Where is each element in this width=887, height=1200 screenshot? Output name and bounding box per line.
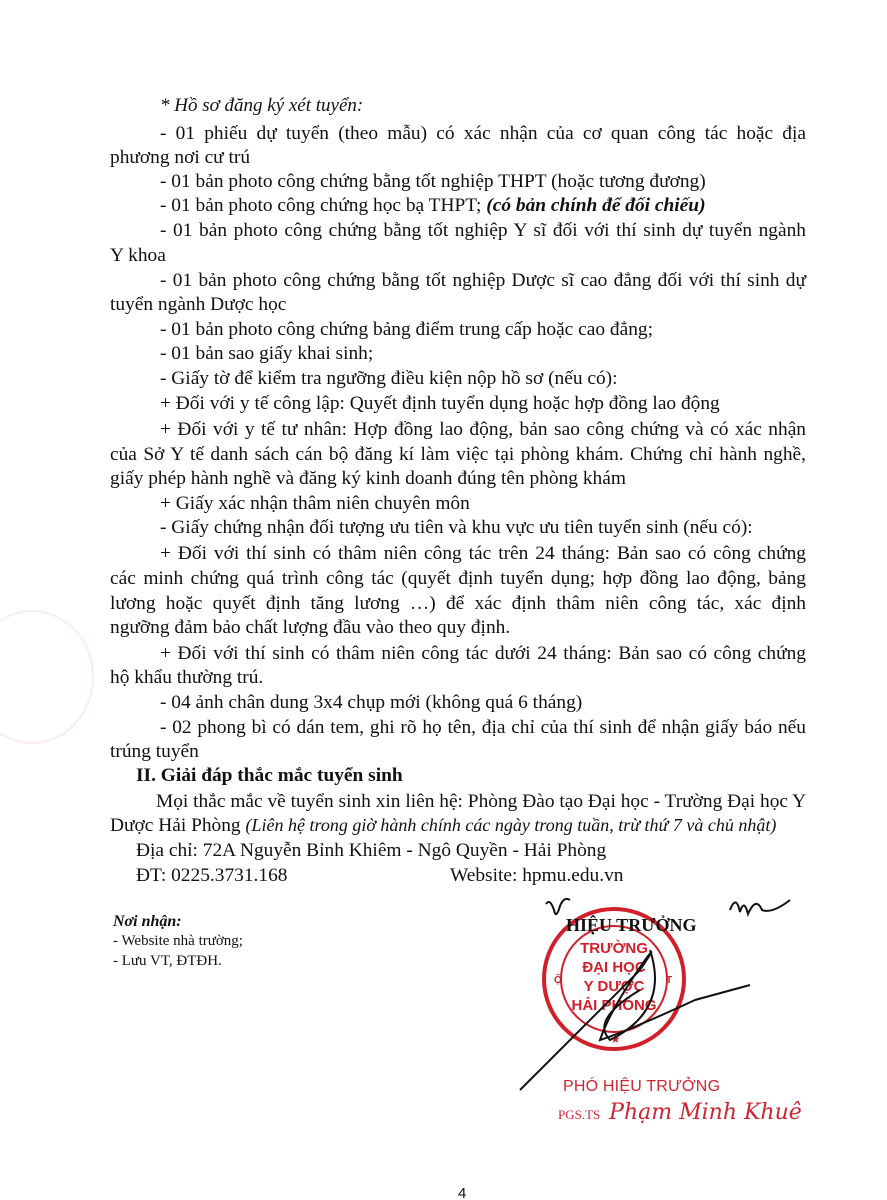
item-10-line3: giấy phép hành nghề và đăng ký kinh doan… — [110, 469, 626, 488]
bleed-through-stamp — [0, 610, 94, 744]
item-7: - 01 bản sao giấy khai sinh; — [160, 344, 373, 363]
item-16-line2: trúng tuyển — [110, 742, 199, 761]
page-number: 4 — [458, 1185, 466, 1200]
recipient-1: - Website nhà trường; — [113, 934, 243, 949]
item-12: - Giấy chứng nhận đối tượng ưu tiên và k… — [160, 518, 753, 537]
item-3: - 01 bản photo công chứng học bạ THPT; (… — [160, 196, 706, 215]
signatory-degree: PGS.TS — [558, 1107, 600, 1122]
item-11: + Giấy xác nhận thâm niên chuyên môn — [160, 494, 470, 513]
item-13-line3: lương hoặc quyết định tăng lương …) để x… — [110, 593, 806, 615]
item-13-line1: + Đối với thí sinh có thâm niên công tác… — [160, 543, 806, 565]
item-5-line2: tuyển ngành Dược học — [110, 295, 286, 314]
item-1-line1: - 01 phiếu dự tuyển (theo mẫu) có xác nh… — [160, 123, 806, 145]
item-15: - 04 ảnh chân dung 3x4 chụp mới (không q… — [160, 693, 582, 712]
recipients-heading: Nơi nhận: — [113, 914, 182, 930]
item-5-line1: - 01 bản photo công chứng bằng tốt nghiệ… — [160, 270, 806, 292]
address: Địa chỉ: 72A Nguyễn Bỉnh Khiêm - Ngô Quy… — [136, 841, 606, 860]
recipient-2: - Lưu VT, ĐTĐH. — [113, 954, 222, 969]
item-4-line1: - 01 bản photo công chứng bằng tốt nghiệ… — [160, 220, 806, 242]
item-8: - Giấy tờ để kiểm tra ngưỡng điều kiện n… — [160, 369, 618, 388]
item-13-line2: các minh chứng quá trình công tác (quyết… — [110, 568, 806, 590]
item-3-text: - 01 bản photo công chứng học bạ THPT; — [160, 195, 481, 216]
contact-line2: Dược Hải Phòng (Liên hệ trong giờ hành c… — [110, 816, 776, 835]
item-14-line1: + Đối với thí sinh có thâm niên công tác… — [160, 643, 806, 665]
item-10-line2: của Sở Y tế danh sách cán bộ đăng kí làm… — [110, 444, 806, 466]
deputy-title: PHÓ HIỆU TRƯỞNG — [563, 1078, 720, 1096]
item-13-line4: ngưỡng đảm bảo chất lượng đầu vào theo q… — [110, 618, 510, 637]
contact-note: (Liên hệ trong giờ hành chính các ngày t… — [246, 815, 777, 835]
handwritten-signature — [490, 890, 810, 1110]
contact-line1: Mọi thắc mắc về tuyển sinh xin liên hệ: … — [156, 791, 806, 813]
item-6: - 01 bản photo công chứng bảng điểm trun… — [160, 320, 653, 339]
item-9: + Đối với y tế công lập: Quyết định tuyể… — [160, 394, 720, 413]
item-10-line1: + Đối với y tế tư nhân: Hợp đồng lao độn… — [160, 419, 806, 441]
phone: ĐT: 0225.3731.168 — [136, 866, 287, 885]
item-2: - 01 bản photo công chứng bằng tốt nghiệ… — [160, 172, 706, 191]
item-14-line2: hộ khẩu thường trú. — [110, 668, 263, 687]
item-4-line2: Y khoa — [110, 246, 166, 265]
section-heading: * Hồ sơ đăng ký xét tuyển: — [160, 96, 363, 115]
signatory: PGS.TS Phạm Minh Khuê — [558, 1100, 802, 1125]
item-3-emphasis: (có bản chính để đối chiếu) — [486, 195, 705, 216]
signatory-name: Phạm Minh Khuê — [609, 1100, 802, 1125]
document-page: * Hồ sơ đăng ký xét tuyển: - 01 phiếu dự… — [0, 0, 887, 1200]
section2-heading: II. Giải đáp thắc mắc tuyển sinh — [136, 766, 403, 785]
item-1-line2: phương nơi cư trú — [110, 148, 250, 167]
website-link[interactable]: Website: hpmu.edu.vn — [450, 866, 623, 885]
contact-school: Dược Hải Phòng — [110, 815, 241, 836]
item-16-line1: - 02 phong bì có dán tem, ghi rõ họ tên,… — [160, 717, 806, 739]
